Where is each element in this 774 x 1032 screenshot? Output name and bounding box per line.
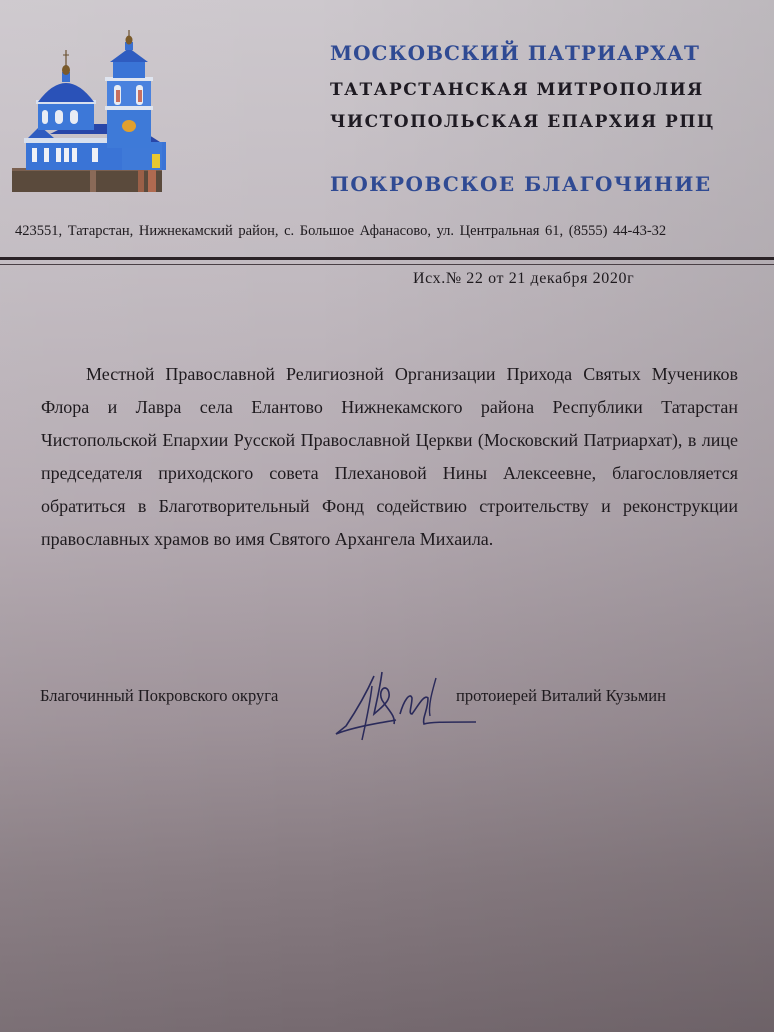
signatory-name: протоиерей Виталий Кузьмин <box>456 686 666 706</box>
letterhead-deanery: ПОКРОВСКОЕ БЛАГОЧИНИЕ <box>330 172 712 196</box>
letterhead-patriarchate: МОСКОВСКИЙ ПАТРИАРХАТ <box>330 41 700 65</box>
header-divider-thick <box>0 257 774 260</box>
letterhead-address: 423551, Татарстан, Нижнекамский район, с… <box>15 223 666 240</box>
letter-body: Местной Православной Религиозной Организ… <box>41 358 738 556</box>
letterhead-diocese: ЧИСТОПОЛЬСКАЯ ЕПАРХИЯ РПЦ <box>330 112 715 132</box>
letter-paragraph: Местной Православной Религиозной Организ… <box>41 358 738 556</box>
letterhead-metropolis: ТАТАРСТАНСКАЯ МИТРОПОЛИЯ <box>330 80 704 100</box>
outgoing-reference: Исх.№ 22 от 21 декабря 2020г <box>413 270 634 288</box>
signatory-title: Благочинный Покровского округа <box>40 686 278 706</box>
church-icon <box>10 30 180 195</box>
header-divider-thin <box>0 264 774 265</box>
